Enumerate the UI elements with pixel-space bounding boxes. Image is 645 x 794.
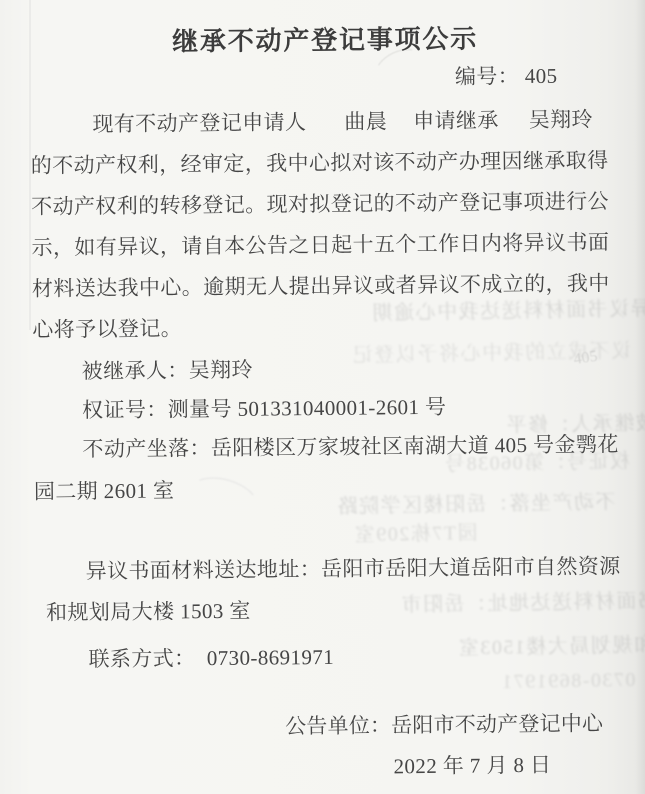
bleedthrough-text: 联系方式：0730-8691971 — [500, 661, 645, 694]
issuer-line: 公告单位：岳阳市不动产登记中心 — [285, 707, 603, 740]
paragraph-line-5: 材料送达我中心。逾期无人提出异议或者异议不成立的，我中 — [32, 267, 610, 303]
date-line: 2022 年 7 月 8 日 — [393, 749, 551, 781]
decedent-line: 被继承人：吴翔玲 — [82, 354, 253, 386]
paragraph-action: 申请继承 — [413, 108, 499, 133]
paragraph-line-6: 心将予以登记。 — [32, 312, 182, 343]
bleedthrough-text: 异议书面材料送达地址：岳阳市 — [400, 583, 645, 617]
objection-address-line-2: 和规划局大楼 1503 室 — [46, 595, 251, 627]
objection-address-line-1: 异议书面材料送达地址：岳阳市岳阳大道岳阳市自然资源 — [86, 550, 621, 585]
paragraph-lead: 现有不动产登记申请人 — [92, 110, 306, 136]
paragraph-line-2: 的不动产权利，经审定，我中心拟对该不动产办理因继承取得 — [31, 144, 609, 180]
bleedthrough-text: 和规划局大楼1503室 — [457, 628, 645, 660]
decedent-name: 吴翔玲 — [529, 107, 593, 132]
location-line-2: 园二期 2601 室 — [34, 474, 175, 505]
document-content: 将异议书面材料送达我中心逾期 议不成立的我中心将予以登记 被继承人：修平 权证号… — [0, 0, 645, 794]
location-line-1: 不动产坐落：岳阳楼区万家坡社区南湖大道 405 号金鹗花 — [82, 428, 618, 463]
doc-number: 编号： 405 — [455, 60, 558, 91]
bleedthrough-text: 园T7栋209室 — [353, 516, 478, 547]
bleedthrough-text: 不动产坐落：岳阳楼区学院路 — [336, 485, 616, 519]
notice-document: 将异议书面材料送达我中心逾期 议不成立的我中心将予以登记 被继承人：修平 权证号… — [0, 0, 645, 794]
pencil-mark: 405 — [572, 348, 598, 369]
certificate-line: 权证号：测量号 501331040001-2601 号 — [82, 391, 447, 424]
paragraph-line-4: 示，如有异议，请自本公告之日起十五个工作日内将异议书面 — [31, 226, 609, 262]
paragraph-line-3: 不动产权利的转移登记。现对拟登记的不动产登记事项进行公 — [31, 185, 609, 221]
applicant-name: 曲晨 — [344, 109, 387, 133]
scan-artifact-arc — [183, 470, 264, 530]
contact-line: 联系方式： 0730-8691971 — [88, 641, 334, 673]
paragraph-line-1: 现有不动产登记申请人曲晨申请继承吴翔玲 — [92, 103, 593, 138]
notice-title: 继承不动产登记事项公示 — [0, 17, 642, 60]
